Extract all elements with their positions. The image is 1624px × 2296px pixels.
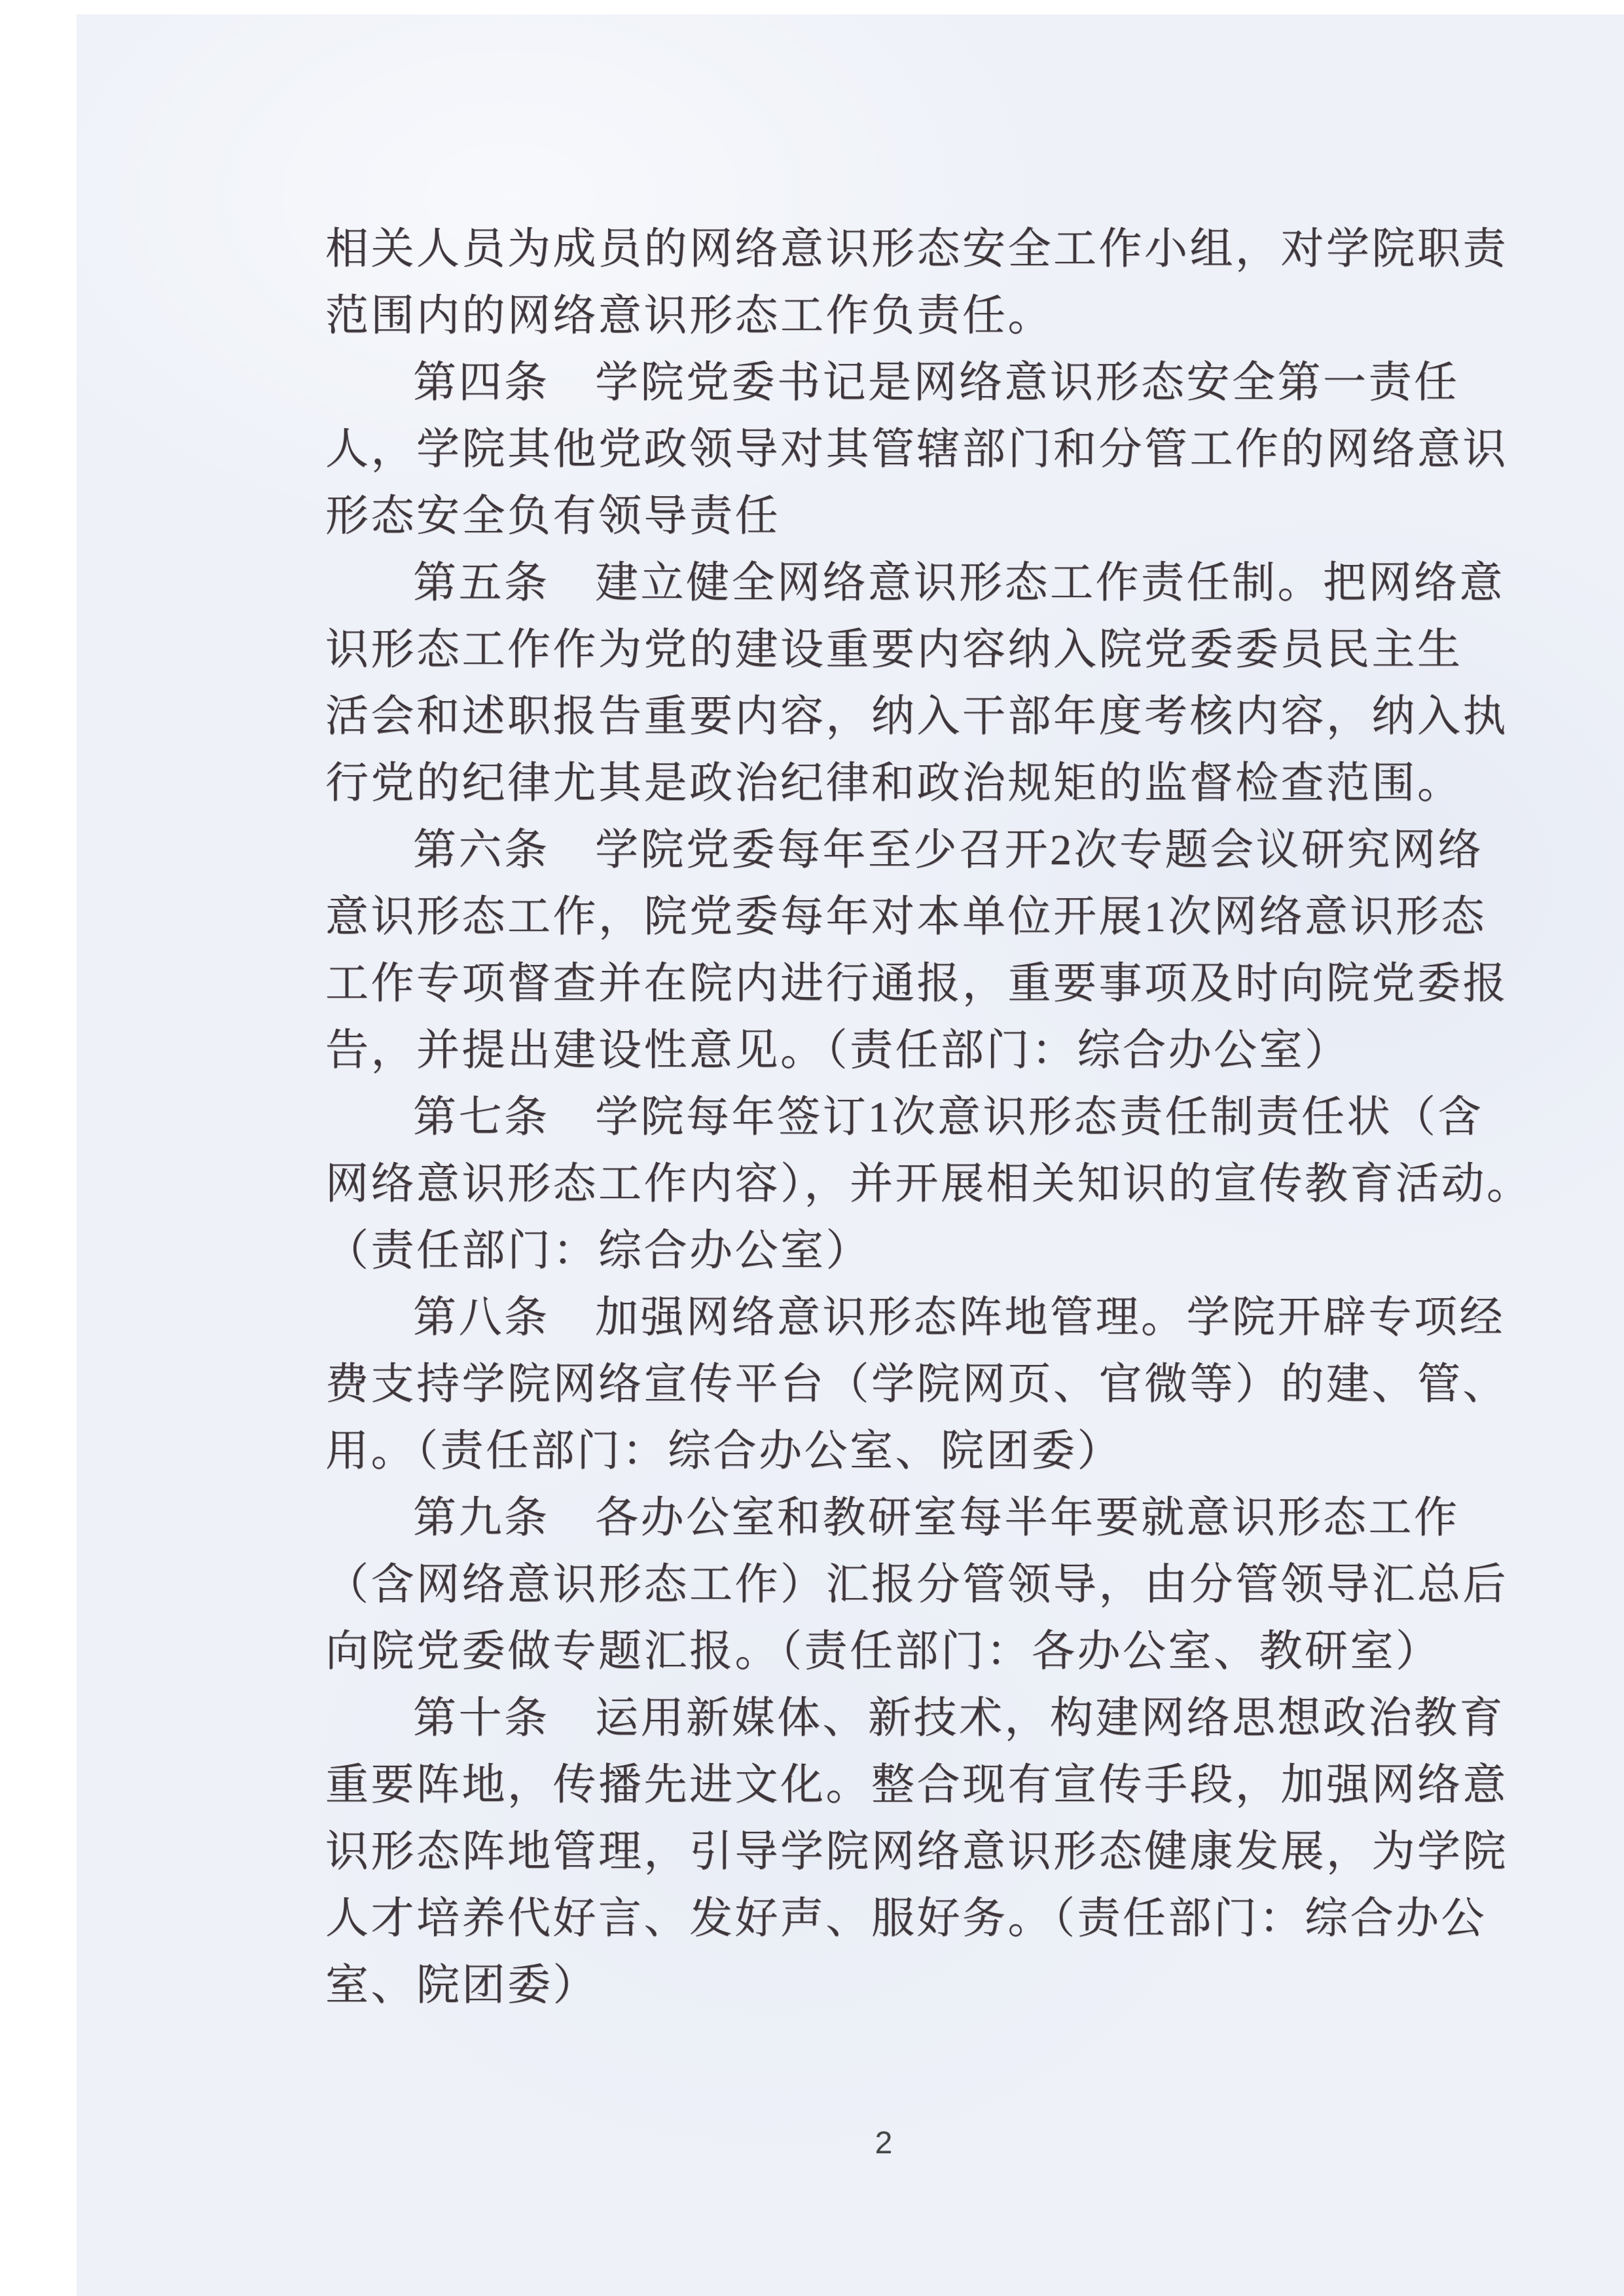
document-line: 第八条 加强网络意识形态阵地管理。学院开辟专项经 <box>325 1285 1455 1351</box>
document-line: （责任部门：综合办公室） <box>325 1218 1455 1285</box>
document-line: 人，学院其他党政领导对其管辖部门和分管工作的网络意识 <box>325 416 1455 483</box>
document-line: 第四条 学院党委书记是网络意识形态安全第一责任 <box>325 350 1455 416</box>
document-line: 识形态阵地管理，引导学院网络意识形态健康发展，为学院 <box>325 1819 1455 1886</box>
document-line: 第五条 建立健全网络意识形态工作责任制。把网络意 <box>325 550 1455 617</box>
document-line: 第六条 学院党委每年至少召开2次专题会议研究网络 <box>325 817 1455 884</box>
document-line: 工作专项督查并在院内进行通报，重要事项及时向院党委报 <box>325 951 1455 1017</box>
document-line: 室、院团委） <box>325 1952 1455 2019</box>
document-line: 行党的纪律尤其是政治纪律和政治规矩的监督检查范围。 <box>325 750 1455 817</box>
document-line: 人才培养代好言、发好声、服好务。（责任部门：综合办公 <box>325 1886 1455 1952</box>
document-line: 第七条 学院每年签订1次意识形态责任制责任状（含 <box>325 1084 1455 1151</box>
document-line: 向院党委做专题汇报。（责任部门：各办公室、教研室） <box>325 1618 1455 1685</box>
document-text-block: 相关人员为成员的网络意识形态安全工作小组，对学院职责 范围内的网络意识形态工作负… <box>325 216 1455 2019</box>
document-line: 重要阵地，传播先进文化。整合现有宣传手段，加强网络意 <box>325 1752 1455 1819</box>
document-line: 相关人员为成员的网络意识形态安全工作小组，对学院职责 <box>325 216 1455 283</box>
scanned-document-page: { "page_number": "2", "colors": { "paper… <box>0 0 1624 2296</box>
document-line: 范围内的网络意识形态工作负责任。 <box>325 283 1455 350</box>
document-line: （含网络意识形态工作）汇报分管领导，由分管领导汇总后 <box>325 1552 1455 1618</box>
document-line: 网络意识形态工作内容），并开展相关知识的宣传教育活动。 <box>325 1151 1455 1218</box>
document-line: 第十条 运用新媒体、新技术，构建网络思想政治教育 <box>325 1685 1455 1752</box>
document-line: 识形态工作作为党的建设重要内容纳入院党委委员民主生 <box>325 617 1455 683</box>
page-number: 2 <box>818 2125 949 2161</box>
document-line: 形态安全负有领导责任 <box>325 483 1455 550</box>
document-line: 告，并提出建设性意见。（责任部门：综合办公室） <box>325 1017 1455 1084</box>
document-line: 活会和述职报告重要内容，纳入干部年度考核内容，纳入执 <box>325 683 1455 750</box>
document-line: 第九条 各办公室和教研室每半年要就意识形态工作 <box>325 1485 1455 1552</box>
document-line: 意识形态工作，院党委每年对本单位开展1次网络意识形态 <box>325 884 1455 951</box>
document-line: 费支持学院网络宣传平台（学院网页、官微等）的建、管、 <box>325 1351 1455 1418</box>
document-line: 用。（责任部门：综合办公室、院团委） <box>325 1418 1455 1485</box>
